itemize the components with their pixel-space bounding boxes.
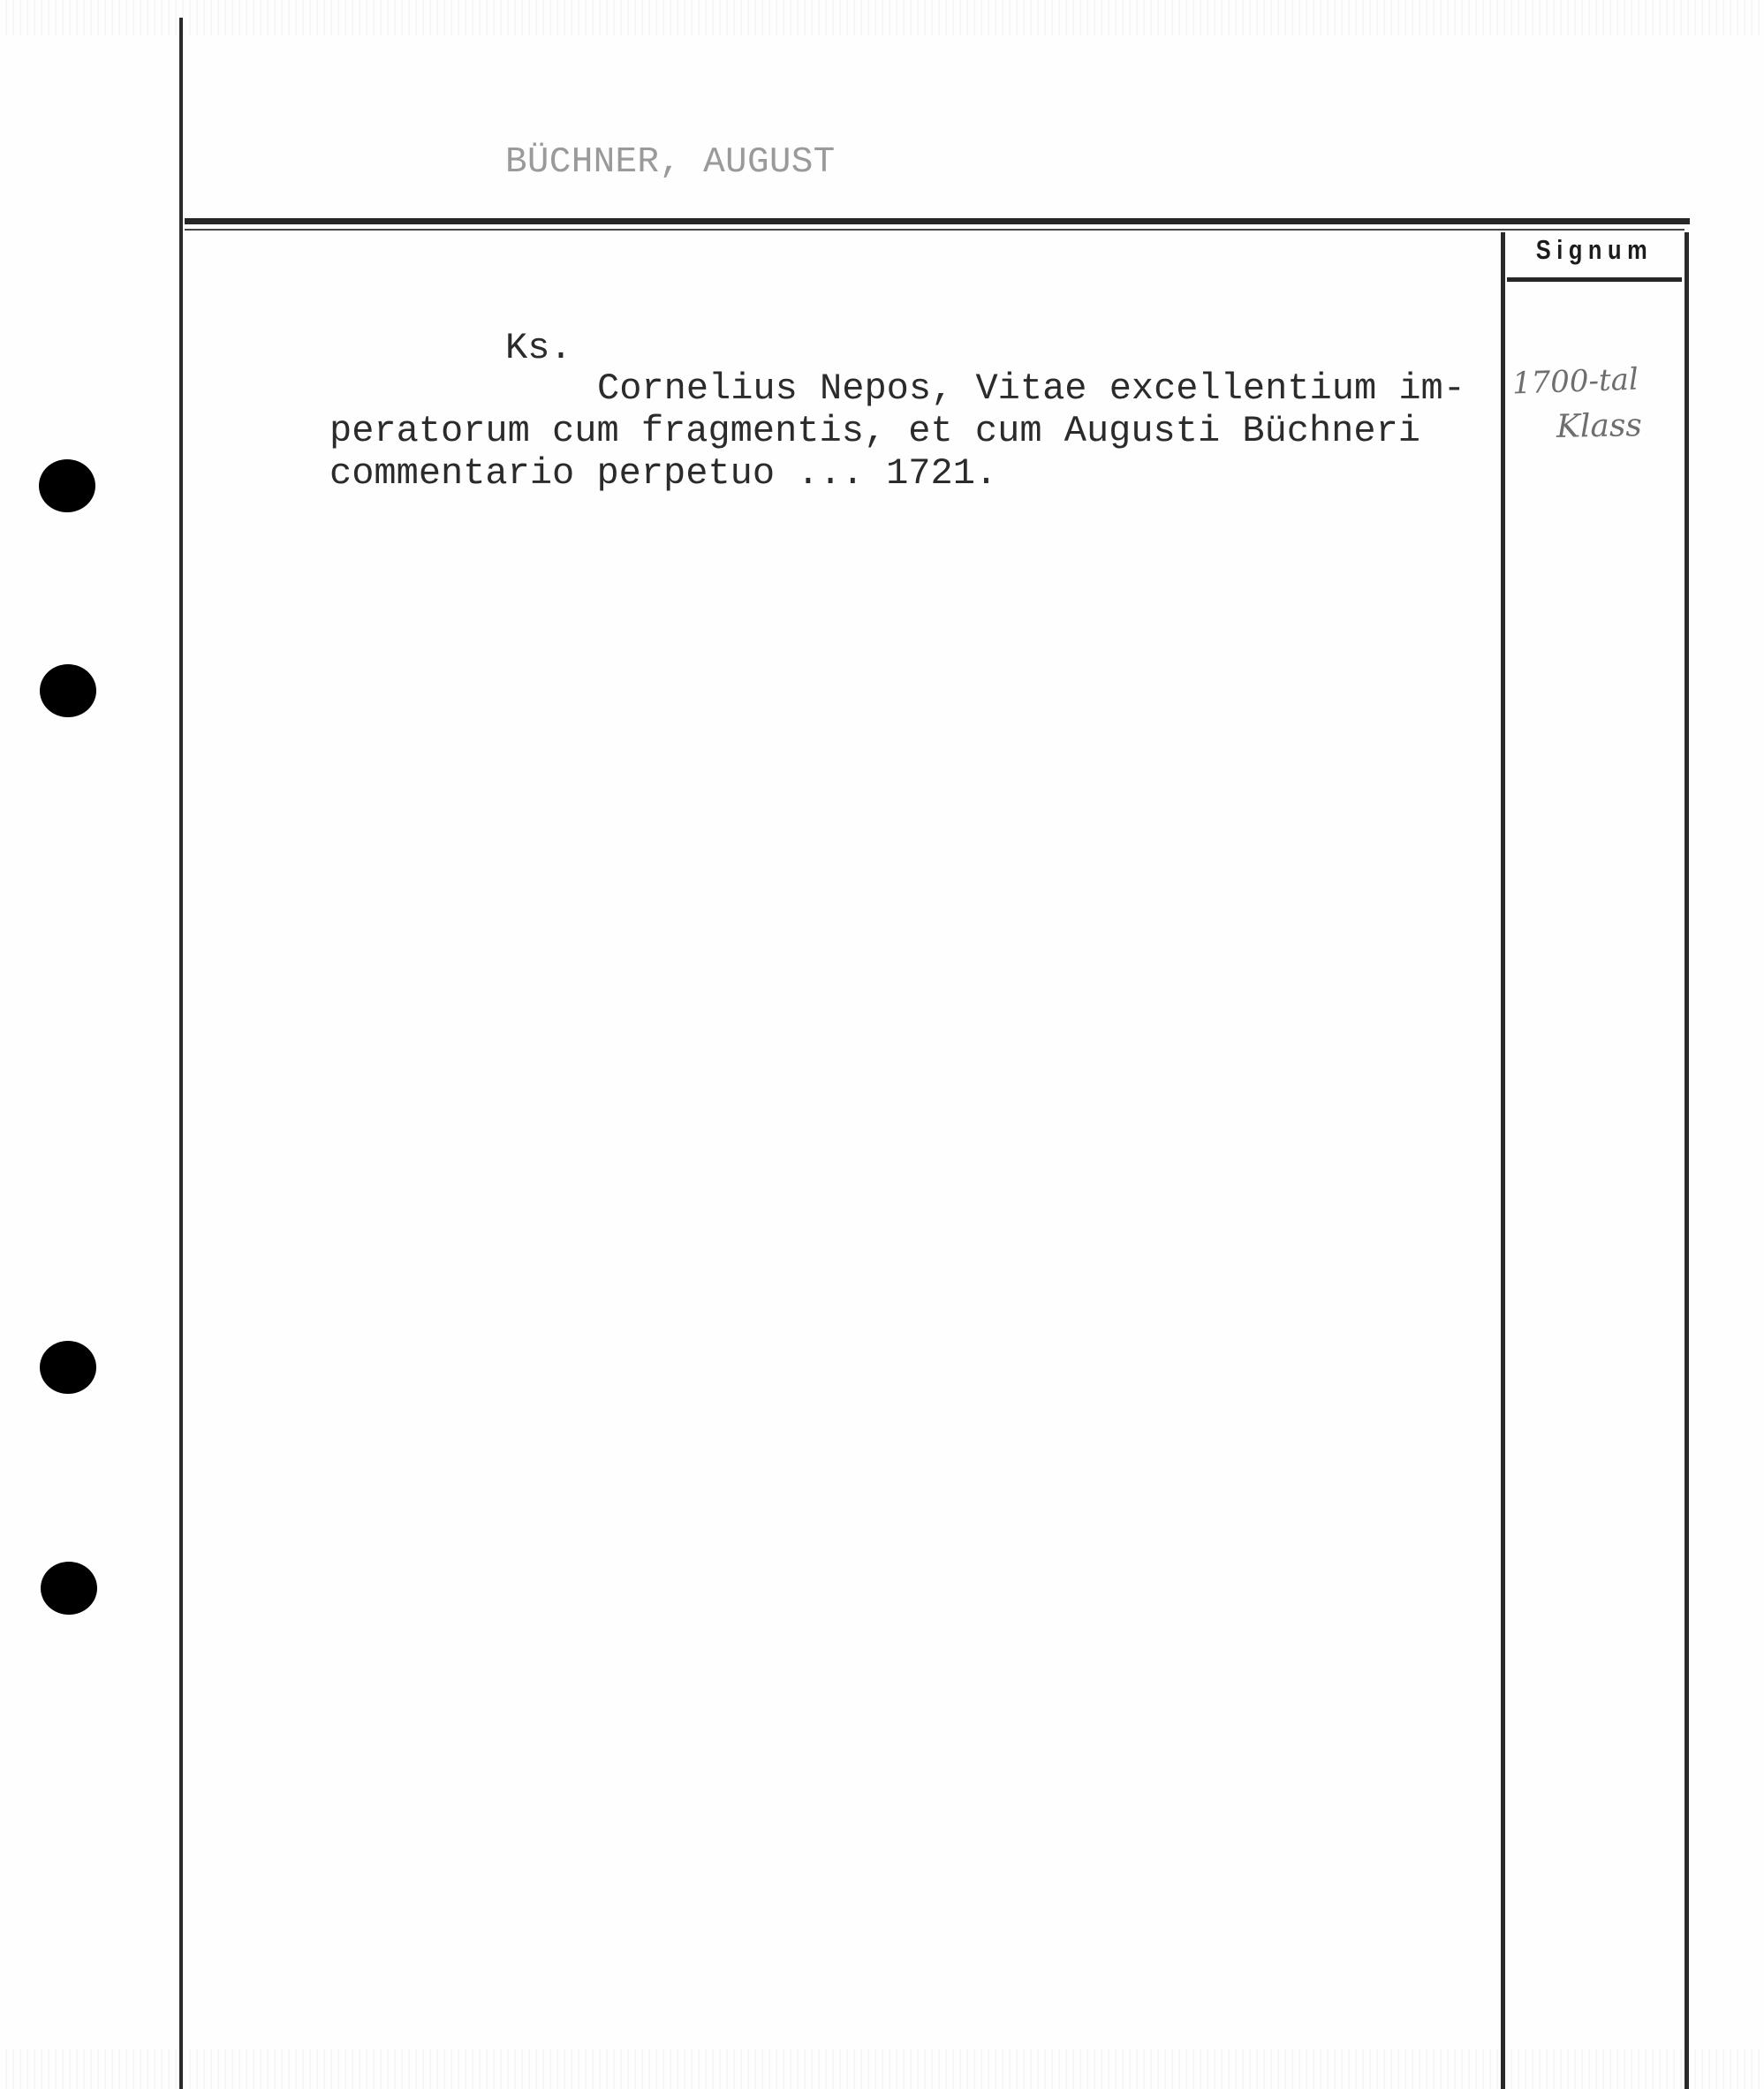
- punch-hole-2: [40, 664, 96, 717]
- entry-line-1: Cornelius Nepos, Vitae excellentium im-: [597, 367, 1465, 410]
- entry-line-2: peratorum cum fragmentis, et cum Augusti…: [329, 410, 1420, 452]
- punch-hole-4: [41, 1562, 97, 1615]
- signum-handwritten-note-1: 1700-tal: [1511, 362, 1639, 402]
- signum-column-left-rule: [1501, 232, 1505, 2089]
- left-margin-rule: [179, 18, 183, 2089]
- header-rule-thick: [185, 218, 1690, 224]
- punch-hole-3: [40, 1341, 96, 1394]
- punch-hole-1: [39, 459, 95, 512]
- signum-column-right-rule: [1685, 232, 1689, 2089]
- catalog-card: BÜCHNER, AUGUST Signum 1700-tal Klass Ks…: [0, 0, 1764, 2089]
- scan-noise-top: [0, 0, 1764, 35]
- header-rule-thin: [185, 229, 1685, 231]
- scan-noise-bottom: [0, 2049, 1764, 2089]
- signum-handwritten-note-2: Klass: [1556, 407, 1643, 445]
- card-heading: BÜCHNER, AUGUST: [505, 143, 836, 182]
- location-code: Ks.: [505, 327, 572, 369]
- signum-underline: [1507, 277, 1682, 282]
- entry-line-3: commentario perpetuo ... 1721.: [329, 452, 997, 495]
- signum-label: Signum: [1521, 234, 1668, 266]
